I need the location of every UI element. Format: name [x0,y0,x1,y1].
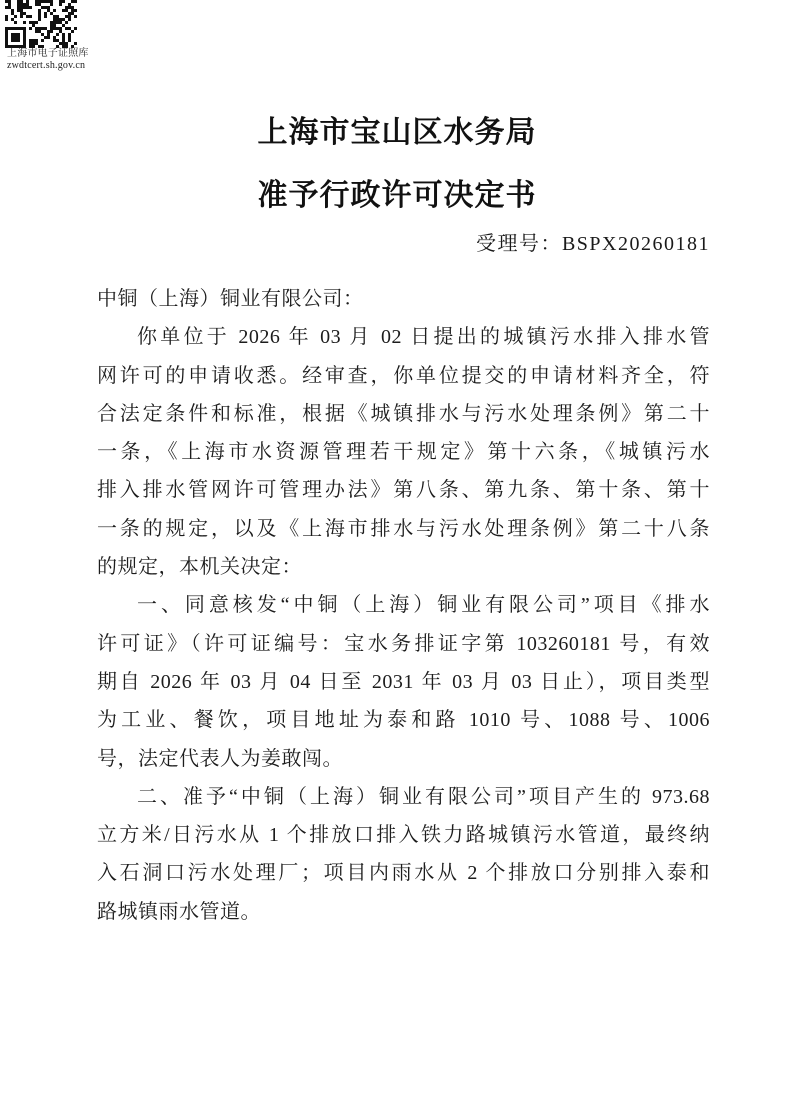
qr-code-icon [5,0,77,48]
body-line: 路城镇雨水管道。 [97,893,710,931]
doc-title: 准予行政许可决定书 [0,178,794,214]
body-line: 一条的规定，以及《上海市排水与污水处理条例》第二十八条 [97,510,710,548]
qr-code-block: 上海市电子证照库 zwdtcert.sh.gov.cn [5,0,115,72]
body-line: 期自 2026 年 03 月 04 日至 2031 年 03 月 03 日止），… [97,663,710,701]
body-line: 二、准予“中铜（上海）铜业有限公司”项目产生的 973.68 [97,778,710,816]
body-line: 号，法定代表人为姜敢闯。 [97,740,710,778]
body-line: 排入排水管网许可管理办法》第八条、第九条、第十条、第十 [97,471,710,509]
body-line: 一、同意核发“中铜（上海）铜业有限公司”项目《排水 [97,586,710,624]
body-line: 网许可的申请收悉。经审查，你单位提交的申请材料齐全，符 [97,357,710,395]
body-line: 合法定条件和标准，根据《城镇排水与污水处理条例》第二十 [97,395,710,433]
body-line: 一条，《上海市水资源管理若干规定》第十六条，《城镇污水 [97,433,710,471]
body-line: 的规定，本机关决定： [97,548,710,586]
body-line: 许可证》（许可证编号：宝水务排证字第 103260181 号，有效 [97,625,710,663]
body-line: 立方米/日污水从 1 个排放口排入铁力路城镇污水管道，最终纳 [97,816,710,854]
body-line: 入石洞口污水处理厂；项目内雨水从 2 个排放口分别排入泰和 [97,854,710,892]
body-line: 为工业、餐饮，项目地址为泰和路 1010 号、1088 号、1006 [97,701,710,739]
qr-caption-library: 上海市电子证照库 [7,48,115,60]
org-title: 上海市宝山区水务局 [0,115,794,151]
acceptance-number: 受理号：BSPX20260181 [476,231,710,257]
body-line: 你单位于 2026 年 03 月 02 日提出的城镇污水排入排水管 [97,318,710,356]
document-page: 上海市电子证照库 zwdtcert.sh.gov.cn 上海市宝山区水务局 准予… [0,0,794,1093]
salutation: 中铜（上海）铜业有限公司： [97,280,710,318]
qr-caption-url: zwdtcert.sh.gov.cn [7,60,115,72]
document-body: 中铜（上海）铜业有限公司： 你单位于 2026 年 03 月 02 日提出的城镇… [97,280,710,931]
